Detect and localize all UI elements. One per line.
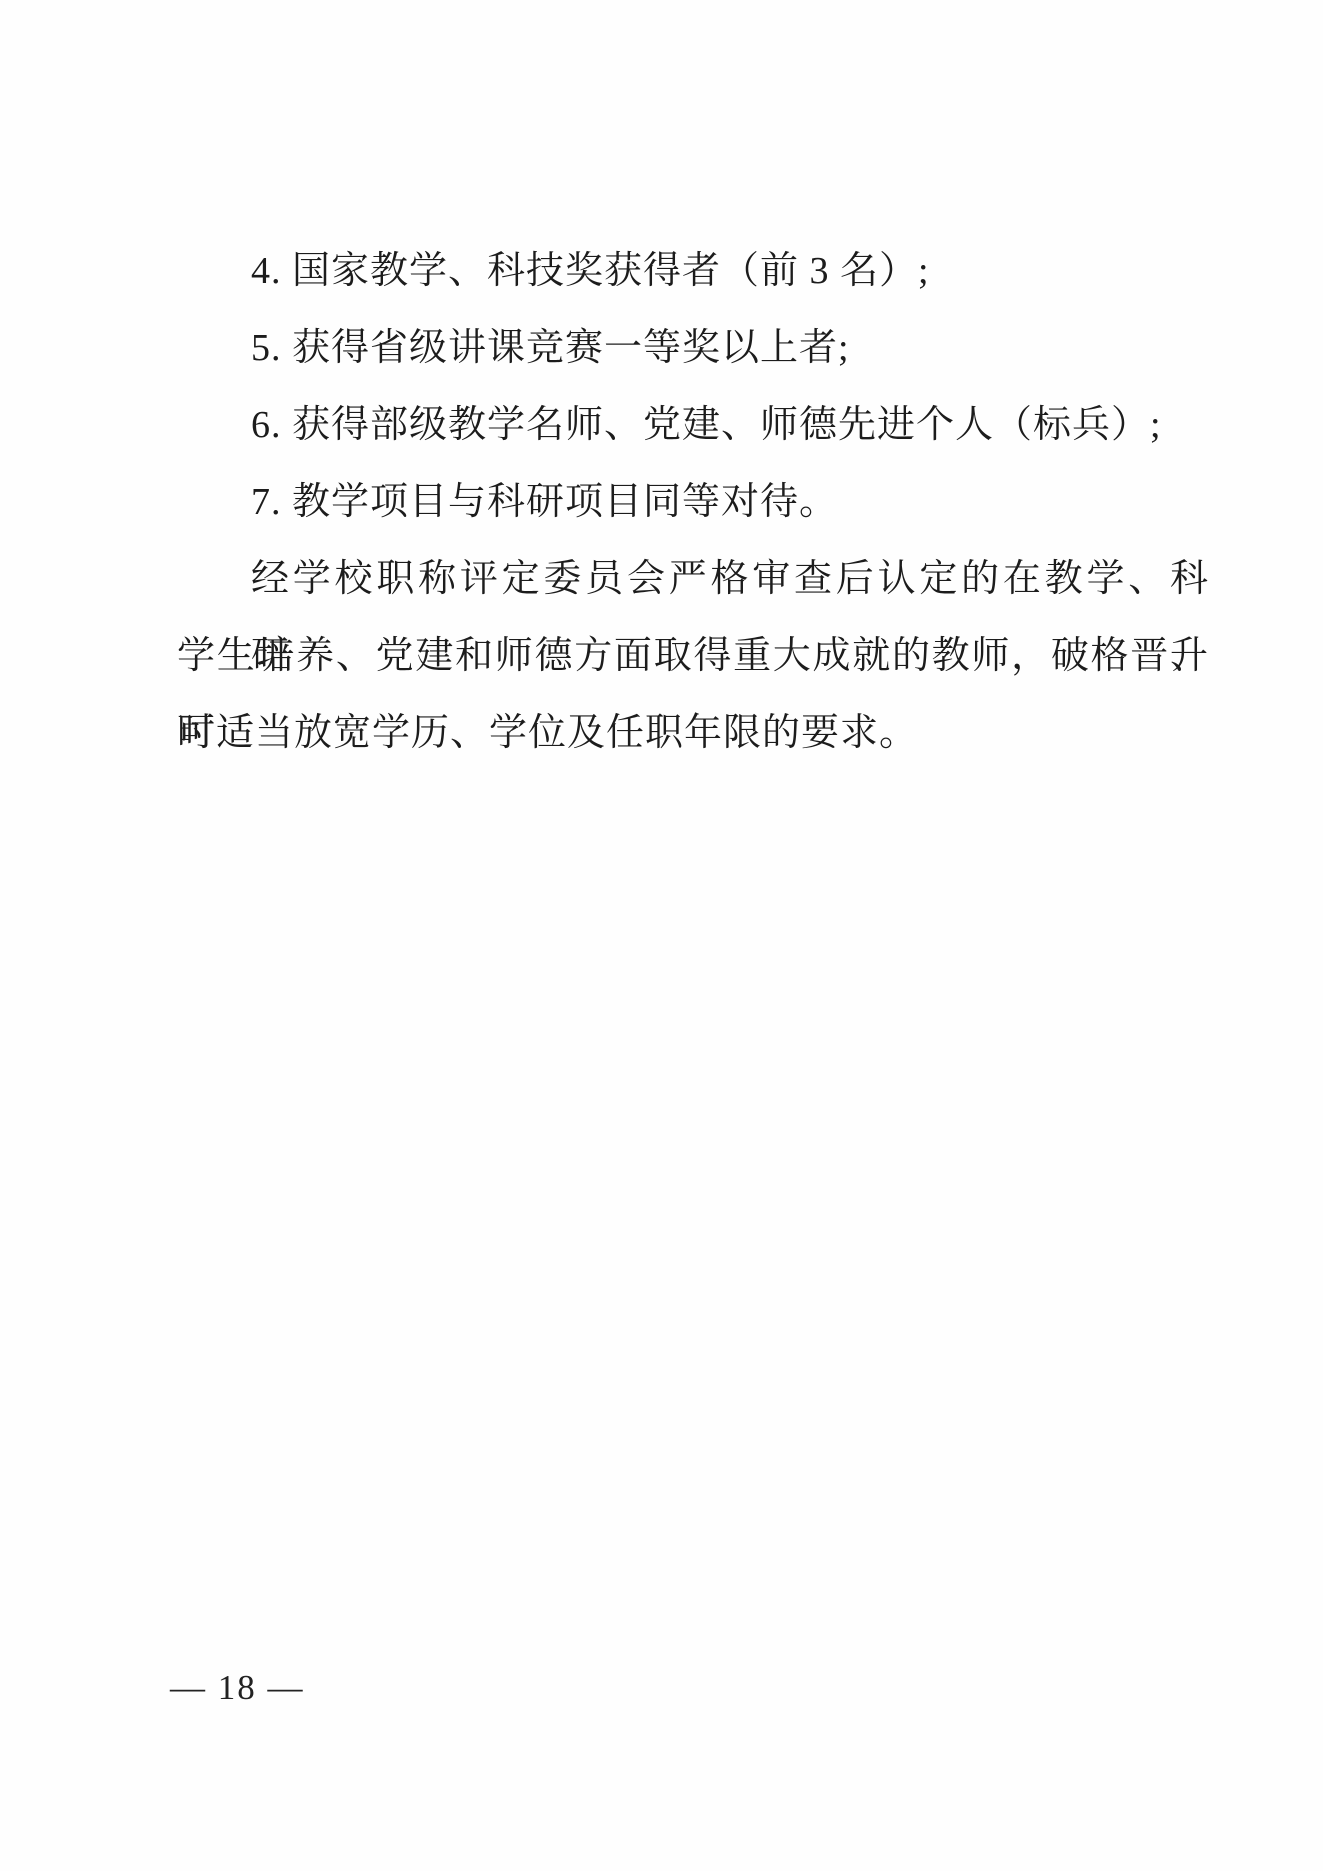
paragraph-line-3: 可适当放宽学历、学位及任职年限的要求。 <box>177 695 1209 772</box>
paragraph-line-1: 经学校职称评定委员会严格审查后认定的在教学、科研、 <box>177 541 1209 618</box>
document-page: 4. 国家教学、科技奖获得者（前 3 名）; 5. 获得省级讲课竞赛一等奖以上者… <box>0 0 1323 1871</box>
list-item-4: 4. 国家教学、科技奖获得者（前 3 名）; <box>177 233 1209 310</box>
document-body: 4. 国家教学、科技奖获得者（前 3 名）; 5. 获得省级讲课竞赛一等奖以上者… <box>177 233 1209 772</box>
page-footer: — 18 — <box>170 1668 305 1708</box>
list-item-7: 7. 教学项目与科研项目同等对待。 <box>177 464 1209 541</box>
list-item-5: 5. 获得省级讲课竞赛一等奖以上者; <box>177 310 1209 387</box>
list-item-6: 6. 获得部级教学名师、党建、师德先进个人（标兵）; <box>177 387 1209 464</box>
paragraph-line-2: 学生培养、党建和师德方面取得重大成就的教师，破格晋升时 <box>177 618 1209 695</box>
page-number: — 18 — <box>170 1668 305 1707</box>
